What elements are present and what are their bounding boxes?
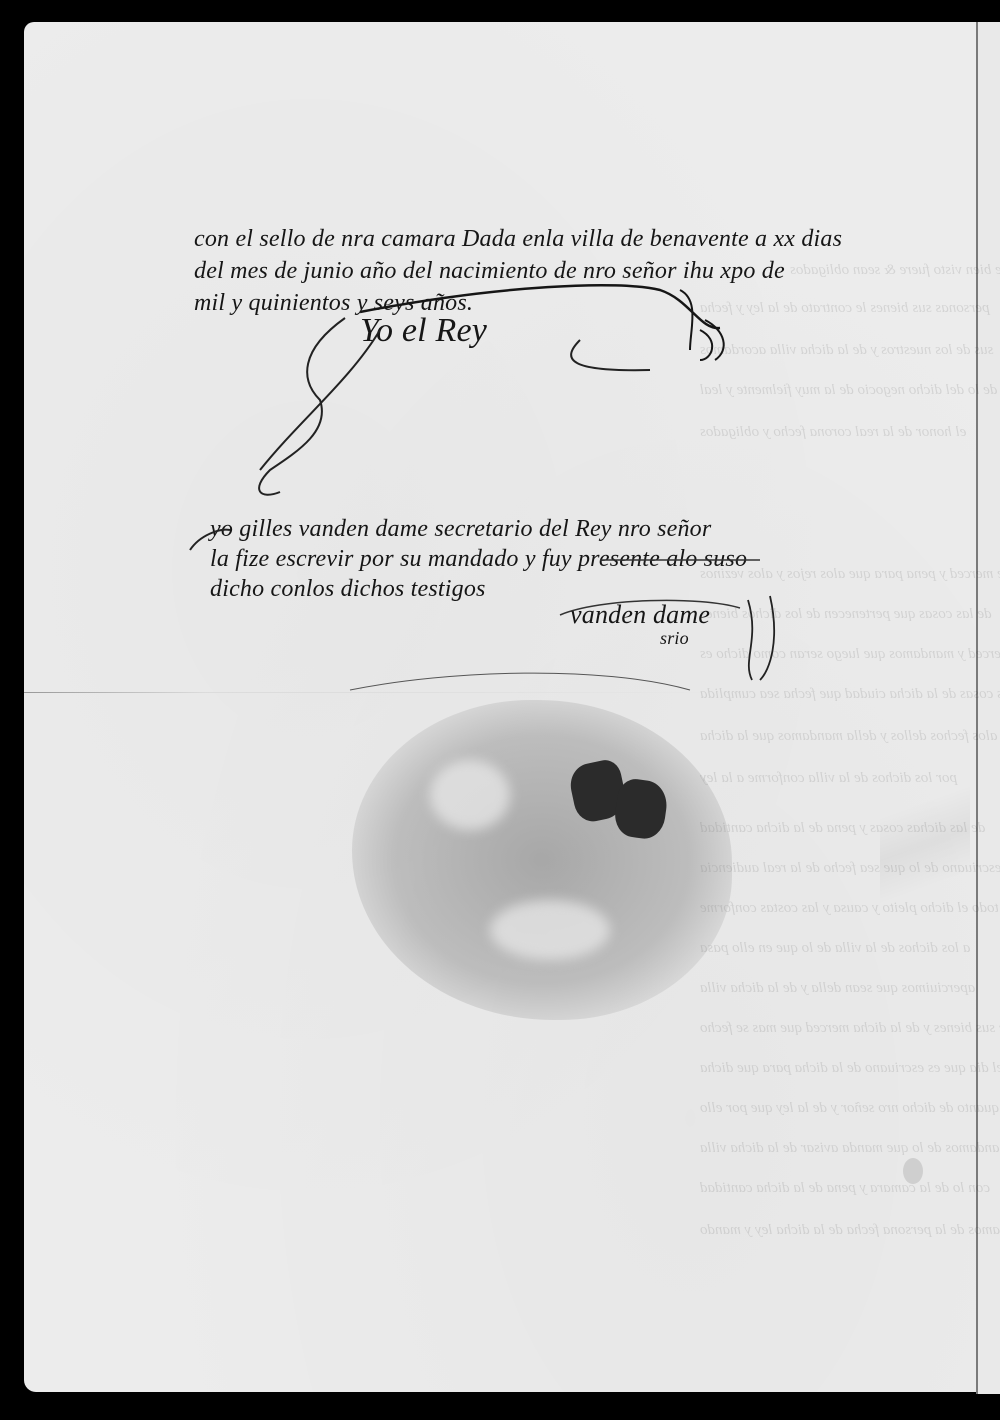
- show-through-text: e de lo que bien visto fuere & sean obli…: [790, 262, 1000, 279]
- show-through-text: todo el dicho pleito y causa y las costa…: [700, 900, 999, 917]
- show-through-text: de avisa de lo del dicho negocio de la m…: [700, 382, 1000, 399]
- show-through-text: personas sus bienes le contrato de la le…: [700, 300, 990, 317]
- show-through-text: alos fechos dellos y della mandamos que …: [700, 728, 997, 745]
- show-through-text: por los dichos de la villa conforme a la…: [700, 770, 957, 787]
- seal-highlight: [430, 760, 510, 830]
- show-through-text: mandamos de la persona fecha de la dicha…: [700, 1222, 1000, 1239]
- show-through-text: el honor de la real corona fecho y oblig…: [700, 424, 966, 441]
- show-through-text: quanto de dicho nro señor y de la ley qu…: [700, 1100, 999, 1117]
- show-through-text: de sus bienes y de la dicha merced que m…: [700, 1020, 1000, 1037]
- show-through-text: mandamos de lo que manda avisar de la di…: [700, 1140, 1000, 1157]
- show-through-text: a los dichos de la villa de lo que en el…: [700, 940, 970, 957]
- show-through-text: con lo de la camara y pena de la dicha c…: [700, 1180, 990, 1197]
- show-through-text: aperciuimos que sean della y de la dicha…: [700, 980, 975, 997]
- seal-highlight: [490, 900, 610, 960]
- show-through-text: sus de los nuestros y de la dicha villa …: [700, 342, 993, 359]
- attestation-line: dicho conlos dichos testigos: [210, 576, 486, 603]
- show-through-text: dan tales de merced y mandamos que luego…: [700, 646, 1000, 663]
- secretary-abbreviation: srio: [660, 628, 689, 649]
- show-through-text: de las cosas que pertenecen de los dicho…: [700, 606, 992, 623]
- show-through-text: para el dia que es escriuano de la dicha…: [700, 1060, 1000, 1077]
- paper-spot: [903, 1158, 923, 1184]
- show-through-text: de las dichas cosas y pena de la dicha c…: [700, 820, 985, 837]
- text-line: con el sello de nra camara Dada enla vil…: [194, 226, 842, 253]
- secretary-signature: vanden dame: [570, 600, 710, 630]
- attestation-line: la fize escrevir por su mandado y fuy pr…: [210, 546, 747, 573]
- attestation-line: yo gilles vanden dame secretario del Rey…: [210, 516, 711, 543]
- text-line: del mes de junio año del nacimiento de n…: [194, 258, 785, 285]
- royal-signature: Yo el Rey: [360, 312, 487, 350]
- show-through-text: escriuano de lo que sea fecho de la real…: [700, 860, 1000, 877]
- show-through-text: de las cosas de la dicha ciudad que fech…: [700, 686, 1000, 703]
